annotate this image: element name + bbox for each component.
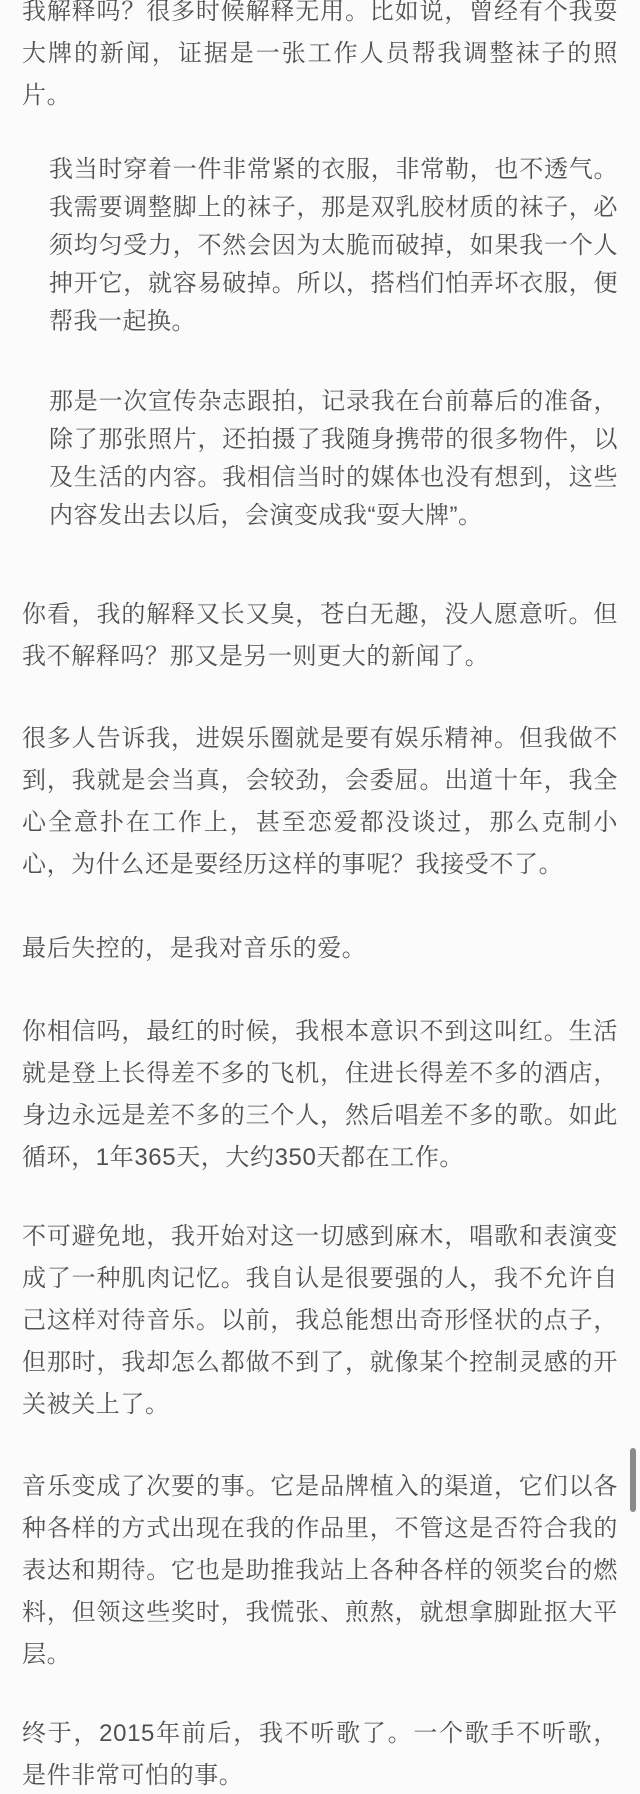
article-paragraph: 不可避免地，我开始对这一切感到麻木，唱歌和表演变成了一种肌肉记忆。我自认是很要强… bbox=[22, 1216, 618, 1426]
article-paragraph: 最后失控的，是我对音乐的爱。 bbox=[22, 928, 618, 970]
scrollbar-thumb[interactable] bbox=[630, 1448, 636, 1512]
article-paragraph: 终于，2015年前后，我不听歌了。一个歌手不听歌，是件非常可怕的事。 bbox=[22, 1713, 618, 1794]
article-paragraph: 音乐变成了次要的事。它是品牌植入的渠道，它们以各种各样的方式出现在我的作品里，不… bbox=[22, 1466, 618, 1676]
article-quote-paragraph: 我当时穿着一件非常紧的衣服，非常勒，也不透气。我需要调整脚上的袜子，那是双乳胶材… bbox=[49, 151, 618, 341]
article-quote-paragraph: 那是一次宣传杂志跟拍，记录我在台前幕后的准备，除了那张照片，还拍摄了我随身携带的… bbox=[49, 383, 618, 535]
article-body: 我解释吗？很多时候解释无用。比如说，曾经有个我耍大牌的新闻，证据是一张工作人员帮… bbox=[0, 0, 640, 1794]
article-paragraph: 我解释吗？很多时候解释无用。比如说，曾经有个我耍大牌的新闻，证据是一张工作人员帮… bbox=[22, 0, 618, 117]
article-paragraph: 你相信吗，最红的时候，我根本意识不到这叫红。生活就是登上长得差不多的飞机，住进长… bbox=[22, 1011, 618, 1179]
article-paragraph: 你看，我的解释又长又臭，苍白无趣，没人愿意听。但我不解释吗？那又是另一则更大的新… bbox=[22, 594, 618, 678]
article-paragraph: 很多人告诉我，进娱乐圈就是要有娱乐精神。但我做不到，我就是会当真，会较劲，会委屈… bbox=[22, 718, 618, 886]
